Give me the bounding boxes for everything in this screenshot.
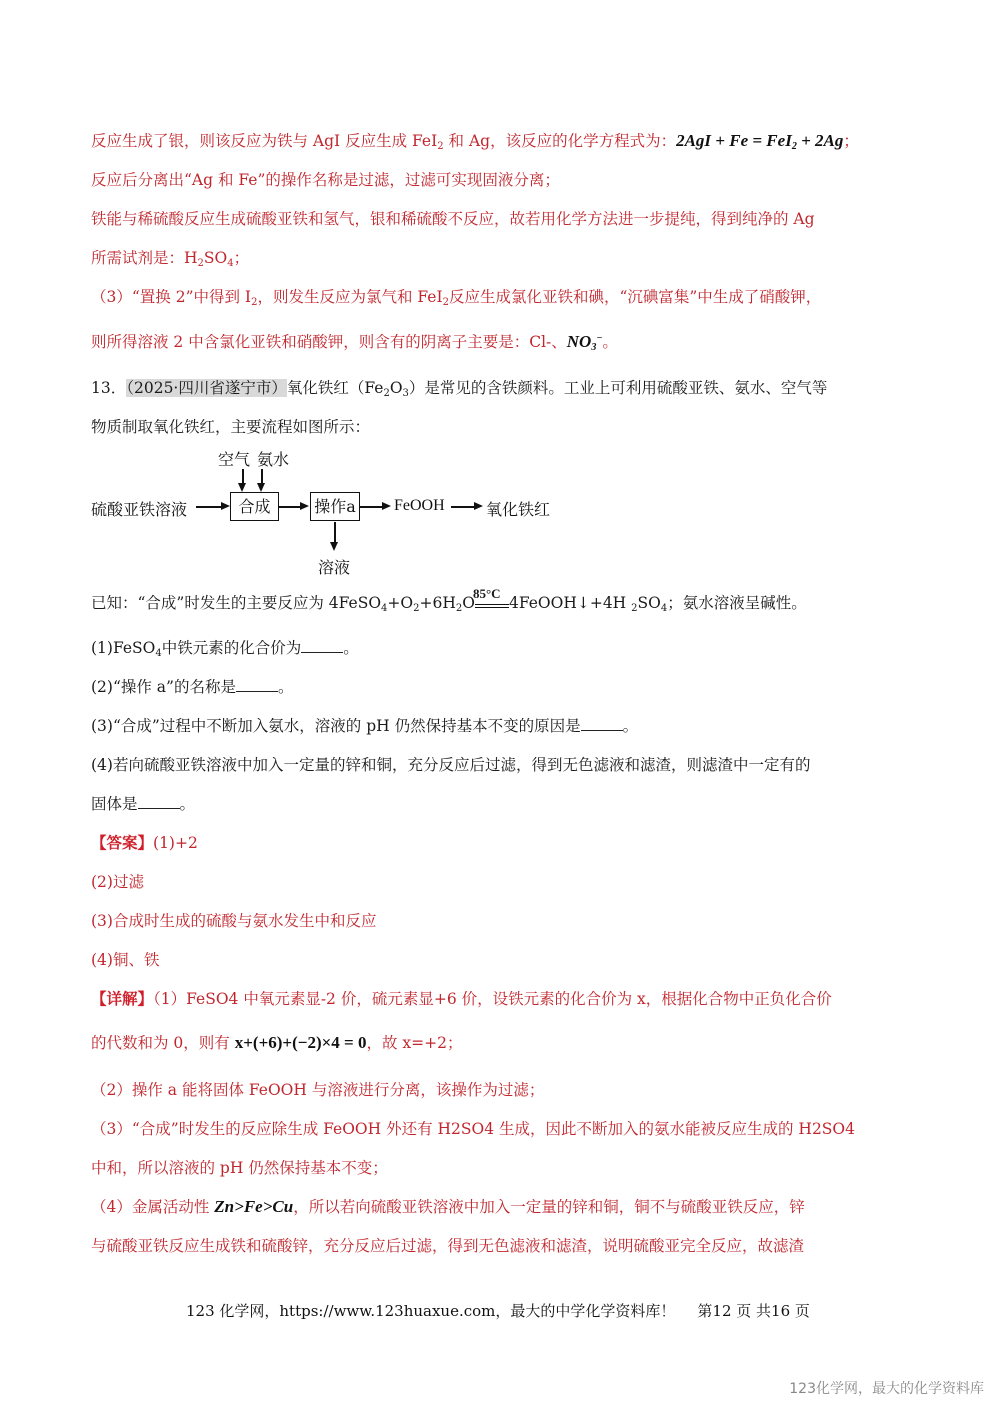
text: ，故 x=+2； bbox=[367, 1034, 463, 1052]
text: +6H bbox=[420, 594, 456, 612]
arrow-down-icon bbox=[238, 483, 246, 492]
equation-part: 2AgI + Fe = FeI bbox=[676, 131, 792, 150]
answer-line-2: (2)过滤 bbox=[91, 872, 144, 892]
text: 。 bbox=[278, 678, 294, 696]
product-iron-oxide-red: 氧化铁红 bbox=[486, 497, 550, 520]
page-number: 第12 页 共16 页 bbox=[697, 1302, 809, 1320]
text: 所需试剂是：H bbox=[91, 249, 198, 267]
explanation-line-2: 的代数和为 0，则有 x+(+6)+(−2)×4 = 0，故 x=+2； bbox=[91, 1033, 463, 1053]
math-expression: Zn>Fe>Cu bbox=[214, 1197, 293, 1216]
prev-answer-line-5: （3）“置换 2”中得到 I2，则发生反应为氯气和 FeI2反应生成氯化亚铁和碘… bbox=[91, 287, 821, 307]
arrow-right-icon bbox=[474, 502, 483, 510]
arrow-line bbox=[451, 506, 476, 508]
sub-question-4-cont: 固体是。 bbox=[91, 794, 195, 814]
text: 。 bbox=[602, 333, 618, 351]
known-reaction: 已知：“合成”时发生的主要反应为 4FeSO4+O2+6H2O85°C4FeOO… bbox=[91, 593, 807, 613]
arrow-line bbox=[360, 506, 384, 508]
reaction-condition: 85°C bbox=[475, 601, 509, 608]
double-bar-icon bbox=[475, 604, 509, 608]
prev-answer-line-2: 反应后分离出“Ag 和 Fe”的操作名称是过滤，过滤可实现固液分离； bbox=[91, 170, 560, 190]
answer-line-3: (3)合成时生成的硫酸与氨水发生中和反应 bbox=[91, 911, 376, 931]
input-ammonia: 氨水 bbox=[257, 447, 289, 470]
equation-part: + 2Ag bbox=[797, 131, 844, 150]
nitrate-ion: NO3− bbox=[567, 332, 603, 351]
text: (1)FeSO bbox=[91, 639, 155, 657]
arrow-line bbox=[334, 522, 336, 544]
math-expression: x+(+6)+(−2)×4 = 0 bbox=[235, 1033, 367, 1052]
prev-answer-line-4: 所需试剂是：H2SO4； bbox=[91, 248, 249, 268]
text: 氧化铁红（Fe bbox=[287, 379, 384, 397]
text: 反应生成了银，则该反应为铁与 AgI 反应生成 FeI bbox=[91, 132, 437, 150]
explanation-line-4: （3）“合成”时发生的反应除生成 FeOOH 外还有 H2SO4 生成，因此不断… bbox=[91, 1119, 855, 1139]
explanation-line-3: （2）操作 a 能将固体 FeOOH 与溶液进行分离，该操作为过滤； bbox=[91, 1080, 544, 1100]
text: 的代数和为 0，则有 bbox=[91, 1034, 235, 1052]
text: （3）“置换 2”中得到 I bbox=[91, 288, 251, 306]
text: ；氨水溶液呈碱性。 bbox=[667, 594, 807, 612]
answer-blank bbox=[138, 794, 180, 809]
arrow-down-icon bbox=[330, 542, 338, 551]
text: 中铁元素的化合价为 bbox=[162, 639, 302, 657]
sub-question-2: (2)“操作 a”的名称是。 bbox=[91, 677, 294, 697]
explanation-line-1: 【详解】（1）FeSO4 中氧元素显-2 价，硫元素显+6 价，设铁元素的化合价… bbox=[91, 989, 832, 1009]
watermark: 123化学网，最大的化学资料库 bbox=[789, 1378, 984, 1398]
text: SO bbox=[204, 249, 227, 267]
text: （4）金属活动性 bbox=[91, 1198, 214, 1216]
footer-text: 123 化学网，https://www.123huaxue.com，最大的中学化… bbox=[186, 1302, 675, 1320]
text: ； bbox=[234, 249, 250, 267]
explanation-line-7: 与硫酸亚铁反应生成铁和硫酸锌，充分反应后过滤，得到无色滤液和滤渣，说明硫酸亚完全… bbox=[91, 1236, 804, 1256]
text: ； bbox=[843, 132, 859, 150]
condition-label: 85°C bbox=[473, 584, 501, 604]
explanation-line-6: （4）金属活动性 Zn>Fe>Cu，所以若向硫酸亚铁溶液中加入一定量的锌和铜，铜… bbox=[91, 1197, 805, 1217]
product-feooh: FeOOH bbox=[394, 497, 445, 515]
explanation-line-5: 中和，所以溶液的 pH 仍然保持基本不变； bbox=[91, 1158, 388, 1178]
answer-blank bbox=[236, 677, 278, 692]
text: 。 bbox=[180, 795, 196, 813]
text: (3)“合成”过程中不断加入氨水，溶液的 pH 仍然保持基本不变的原因是 bbox=[91, 717, 581, 735]
explanation-label: 【详解】 bbox=[91, 989, 153, 1008]
text: SO bbox=[638, 594, 661, 612]
process-flow-diagram: 空气 氨水 硫酸亚铁溶液 合成 操作a FeOOH 氧化铁红 溶液 bbox=[90, 445, 570, 580]
arrow-line bbox=[196, 506, 223, 508]
page-footer: 123 化学网，https://www.123huaxue.com，最大的中学化… bbox=[186, 1300, 810, 1321]
question-stem-line-1: 13．（2025·四川省遂宁市）氧化铁红（Fe2O3）是常见的含铁颜料。工业上可… bbox=[91, 378, 827, 398]
sub-question-1: (1)FeSO4中铁元素的化合价为。 bbox=[91, 638, 359, 658]
text: 。 bbox=[343, 639, 359, 657]
prev-answer-line-6: 则所得溶液 2 中含氯化亚铁和硝酸钾，则含有的阴离子主要是：Cl-、NO3−。 bbox=[91, 332, 618, 352]
text: 则所得溶液 2 中含氯化亚铁和硝酸钾，则含有的阴离子主要是：Cl-、 bbox=[91, 333, 567, 351]
text: ，则发生反应为氯气和 FeI bbox=[257, 288, 442, 306]
answer-line-4: (4)铜、铁 bbox=[91, 950, 159, 970]
arrow-right-icon bbox=[221, 502, 230, 510]
text: (2)“操作 a”的名称是 bbox=[91, 678, 236, 696]
ion-symbol: NO bbox=[567, 332, 592, 351]
input-air: 空气 bbox=[218, 447, 250, 470]
answer-blank bbox=[301, 638, 343, 653]
answer-blank bbox=[581, 716, 623, 731]
chemical-equation: 2AgI + Fe = FeI2 + 2Ag bbox=[676, 131, 843, 150]
question-stem-line-2: 物质制取氧化铁红，主要流程如图所示： bbox=[91, 417, 370, 437]
text: +O bbox=[387, 594, 413, 612]
text: （1）FeSO4 中氧元素显-2 价，硫元素显+6 价，设铁元素的化合价为 x，… bbox=[153, 990, 832, 1008]
text: 和 Ag，该反应的化学方程式为： bbox=[444, 132, 676, 150]
document-page: 反应生成了银，则该反应为铁与 AgI 反应生成 FeI2 和 Ag，该反应的化学… bbox=[0, 0, 992, 1403]
start-material: 硫酸亚铁溶液 bbox=[91, 497, 187, 520]
text: 固体是 bbox=[91, 795, 138, 813]
arrow-right-icon bbox=[300, 502, 309, 510]
sub-question-4: (4)若向硫酸亚铁溶液中加入一定量的锌和铜，充分反应后过滤，得到无色滤液和滤渣，… bbox=[91, 755, 810, 775]
text: 。 bbox=[623, 717, 639, 735]
text: 反应生成氯化亚铁和碘，“沉碘富集”中生成了硝酸钾， bbox=[449, 288, 821, 306]
answer-item: (1)+2 bbox=[153, 834, 198, 852]
answer-line-1: 【答案】(1)+2 bbox=[91, 833, 198, 853]
text: 4FeOOH↓+4H bbox=[509, 594, 631, 612]
step-operation-a-box: 操作a bbox=[310, 492, 360, 521]
arrow-line bbox=[279, 506, 302, 508]
text: 已知：“合成”时发生的主要反应为 4FeSO bbox=[91, 594, 381, 612]
sub-question-3: (3)“合成”过程中不断加入氨水，溶液的 pH 仍然保持基本不变的原因是。 bbox=[91, 716, 638, 736]
byproduct-solution: 溶液 bbox=[318, 555, 350, 578]
source-tag: （2025·四川省遂宁市） bbox=[126, 379, 287, 397]
step-synthesis-box: 合成 bbox=[230, 492, 279, 521]
prev-answer-line-1: 反应生成了银，则该反应为铁与 AgI 反应生成 FeI2 和 Ag，该反应的化学… bbox=[91, 131, 859, 151]
prev-answer-line-3: 铁能与稀硫酸反应生成硫酸亚铁和氢气，银和稀硫酸不反应，故若用化学方法进一步提纯，… bbox=[91, 209, 815, 229]
text: ，所以若向硫酸亚铁溶液中加入一定量的锌和铜，铜不与硫酸亚铁反应，锌 bbox=[293, 1198, 805, 1216]
arrow-down-icon bbox=[257, 483, 265, 492]
text: O bbox=[390, 379, 403, 397]
answer-label: 【答案】 bbox=[91, 833, 153, 852]
question-number: 13． bbox=[91, 379, 126, 397]
text: ）是常见的含铁颜料。工业上可利用硫酸亚铁、氨水、空气等 bbox=[409, 379, 828, 397]
arrow-right-icon bbox=[382, 502, 391, 510]
